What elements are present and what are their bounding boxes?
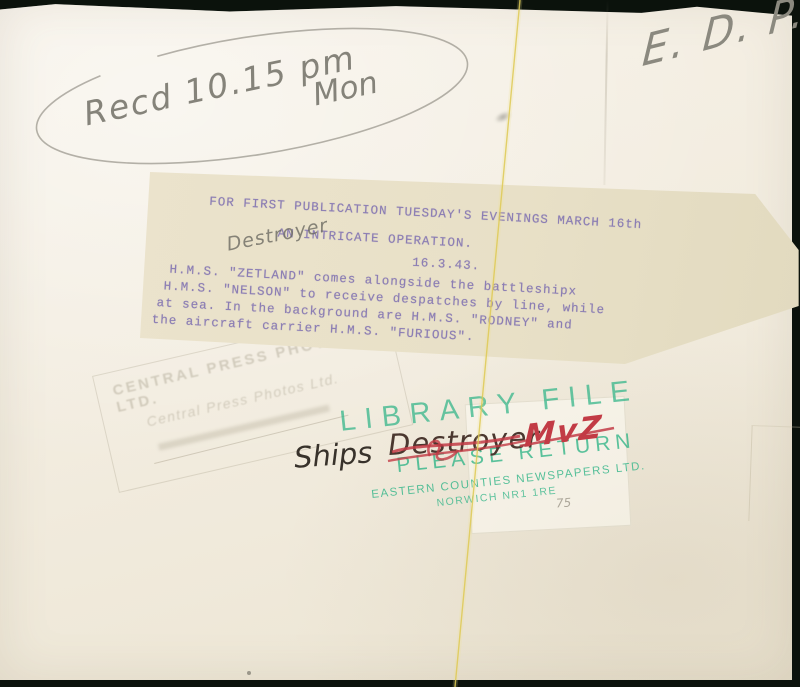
photo-verso-scan: CENTRAL PRESS PHOTOS LTD. Central Press … [0,0,800,687]
faint-pencil-number: 75 [556,495,572,510]
ships-ink-note: Ships [293,435,374,474]
typed-caption-date: 16.3.43. [412,256,481,274]
pencil-annotation-destroyer: Destroyer [225,214,330,255]
caption-slip: FOR FIRST PUBLICATION TUESDAY'S EVENINGS… [136,168,800,368]
overlapped-paper-corner [748,425,800,523]
ink-speck [247,671,251,675]
